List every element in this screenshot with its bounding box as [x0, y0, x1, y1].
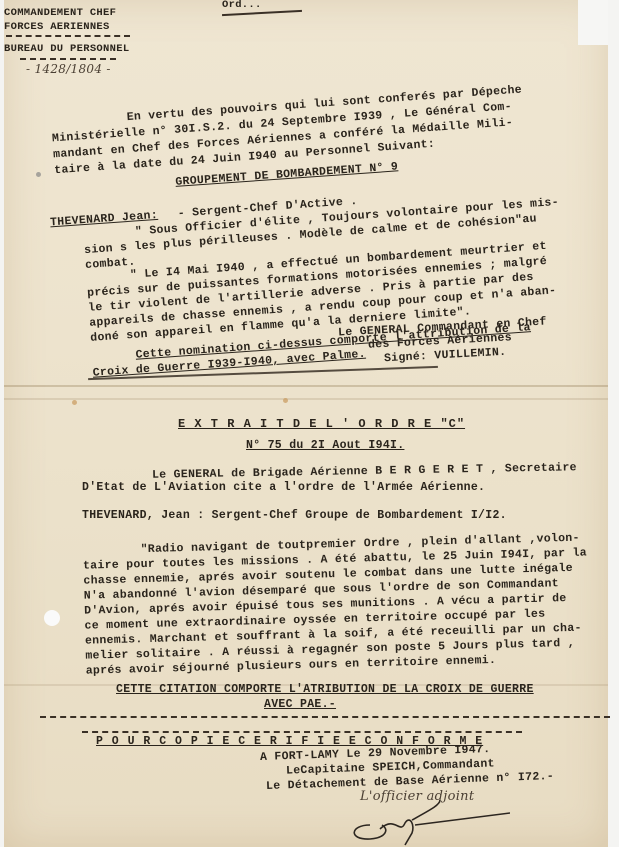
stain [36, 172, 41, 177]
header-line3: BUREAU DU PERSONNEL [4, 44, 129, 55]
header-line2: FORCES AERIENNES [4, 22, 110, 33]
punch-hole [44, 610, 60, 626]
order-intro-line: D'Etat de L'Aviation cite a l'ordre de l… [82, 482, 485, 494]
certification-divider [82, 731, 522, 733]
person-line: THEVENARD, Jean : Sergent-Chef Groupe de… [82, 510, 507, 522]
stain [72, 400, 77, 405]
attribution-line: AVEC PAE.- [264, 699, 336, 711]
certification-divider [40, 716, 610, 718]
paper-fold [4, 385, 608, 387]
header-divider [20, 58, 116, 60]
reference-number: - 1428/1804 - [26, 63, 111, 75]
attribution-line: CETTE CITATION COMPORTE L'ATRIBUTION DE … [116, 684, 534, 696]
signature-scribble [340, 795, 510, 847]
section2-title: E X T R A I T D E L ' O R D R E "C" [178, 418, 465, 430]
header-line1: COMMANDEMENT CHEF [4, 8, 116, 19]
header-divider [6, 35, 130, 37]
header-fragment: Ord... [222, 0, 262, 11]
order-number: N° 75 du 2I Aout I94I. [246, 440, 404, 452]
paper-torn-corner [578, 0, 608, 45]
paper-fold [4, 398, 608, 400]
stain [283, 398, 288, 403]
